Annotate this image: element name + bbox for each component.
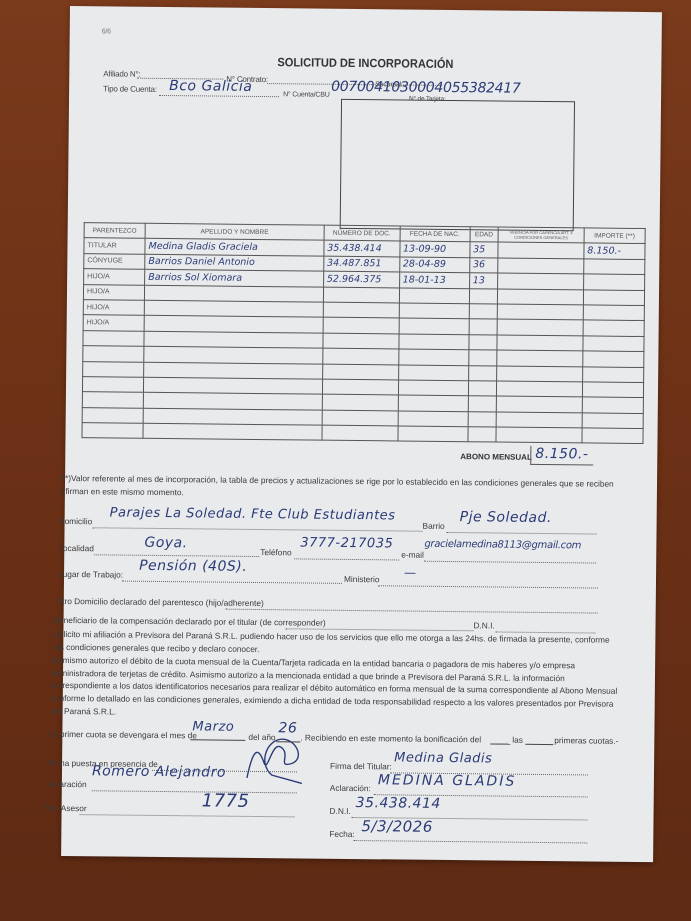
cell-fecha-nac[interactable] xyxy=(398,380,468,396)
cell-importe[interactable] xyxy=(582,413,643,429)
domicilio-label: Domicilio xyxy=(59,516,93,526)
dni-titular-label: D.N.I. xyxy=(330,806,351,816)
cell-importe[interactable] xyxy=(583,351,644,367)
localidad-field[interactable] xyxy=(94,553,259,557)
cell-vigencia[interactable] xyxy=(496,412,582,428)
cell-fecha-nac[interactable] xyxy=(399,303,469,319)
cell-vigencia[interactable] xyxy=(498,258,584,274)
cell-nombre[interactable] xyxy=(143,408,322,425)
email-field[interactable] xyxy=(424,560,596,564)
cell-parentezco xyxy=(83,361,144,377)
dni-titular-value: 35.438.414 xyxy=(356,795,441,812)
cell-parentezco: HIJO/A xyxy=(83,300,144,316)
cell-nombre[interactable] xyxy=(144,346,323,363)
cell-fecha-nac[interactable] xyxy=(398,334,468,350)
photo-box xyxy=(340,99,575,231)
lugar-trabajo-label: Lugar de Trabajo: xyxy=(58,569,123,580)
abono-mensual-label: ABONO MENSUAL xyxy=(460,452,532,462)
ministerio-field[interactable] xyxy=(378,584,598,588)
cell-nombre[interactable] xyxy=(144,300,323,317)
col-edad: EDAD xyxy=(470,227,498,243)
aclaracion-titular-label: Aclaración: xyxy=(330,783,371,793)
cell-parentezco: HIJO/A xyxy=(83,315,144,331)
cell-parentezco xyxy=(82,392,143,408)
cell-fecha-nac[interactable] xyxy=(397,426,467,442)
cell-doc[interactable] xyxy=(323,302,399,318)
primer-cuota-mes-value: Marzo xyxy=(192,719,234,734)
bonificacion-las: las xyxy=(512,735,523,745)
cell-edad[interactable] xyxy=(468,396,496,412)
col-parentezco: PARENTEZCO xyxy=(84,223,145,239)
fecha-field[interactable] xyxy=(353,839,587,843)
afiliado-label: Afiliado N°: xyxy=(103,69,140,78)
lugar-trabajo-field[interactable] xyxy=(122,580,342,584)
barrio-value: Pje Soledad. xyxy=(460,509,552,526)
cell-parentezco xyxy=(82,407,143,423)
otro-domicilio-field[interactable] xyxy=(226,608,598,614)
cell-vigencia[interactable] xyxy=(496,396,582,412)
email-value: gracielamedina8113@gmail.com xyxy=(424,539,581,552)
cell-fecha-nac[interactable] xyxy=(398,395,468,411)
domicilio-value: Parajes La Soledad. Fte Club Estudiantes xyxy=(110,505,396,523)
cell-doc[interactable] xyxy=(323,333,399,349)
aclaracion-asesor-label: Aclaración xyxy=(48,779,87,789)
primer-cuota-prefix: La primer cuota se devengara el mes de xyxy=(48,729,197,741)
domicilio-field[interactable] xyxy=(93,526,423,531)
cell-doc[interactable] xyxy=(322,394,398,410)
cell-nombre[interactable]: Barrios Daniel Antonio xyxy=(145,254,324,271)
beneficiario-label: Beneficiario de la compensación declarad… xyxy=(54,615,326,628)
cell-importe[interactable] xyxy=(583,274,644,290)
localidad-label: Localidad xyxy=(58,543,94,553)
firma-titular-value: Medina Gladis xyxy=(394,750,492,766)
cell-vigencia[interactable] xyxy=(496,381,582,397)
aclaracion-asesor-field[interactable] xyxy=(92,789,297,793)
col-vigencia: VIGENCIA POR CARENCIA ART. 4 CONDICIONES… xyxy=(498,227,584,243)
nro-asesor-field[interactable] xyxy=(80,813,295,817)
advisor-signature xyxy=(232,733,313,789)
cell-nombre[interactable]: Medina Gladis Graciela xyxy=(145,239,324,256)
barrio-field[interactable] xyxy=(447,531,597,535)
cell-doc[interactable]: 52.964.375 xyxy=(323,271,399,287)
cell-edad[interactable] xyxy=(469,334,497,350)
cuenta-cbu-value: 0070041030004055382417 xyxy=(331,79,521,97)
cell-vigencia[interactable] xyxy=(497,289,583,305)
cell-edad[interactable] xyxy=(468,411,496,427)
cell-edad[interactable] xyxy=(468,365,496,381)
cell-doc[interactable]: 34.487.851 xyxy=(324,256,400,272)
cell-importe[interactable] xyxy=(583,336,644,352)
cell-importe[interactable] xyxy=(583,289,644,305)
cell-nombre[interactable] xyxy=(144,331,323,348)
col-nombre: APELLIDO Y NOMBRE xyxy=(145,223,324,240)
tipo-cuenta-label: Tipo de Cuenta: xyxy=(103,84,157,94)
localidad-value: Goya. xyxy=(144,535,187,551)
col-fecha-nac: FECHA DE NAC. xyxy=(400,226,470,242)
bonificacion-suffix: primeras cuotas.- xyxy=(554,735,618,746)
cell-vigencia[interactable] xyxy=(497,366,583,382)
col-doc: NÚMERO DE DOC. xyxy=(324,225,400,241)
cell-doc[interactable]: 35.438.414 xyxy=(324,241,400,257)
cell-edad[interactable] xyxy=(469,304,497,320)
cell-vigencia[interactable] xyxy=(498,242,584,258)
cell-parentezco xyxy=(83,330,144,346)
cell-nombre[interactable] xyxy=(143,423,322,440)
cell-doc[interactable] xyxy=(323,348,399,364)
cell-importe[interactable] xyxy=(583,305,644,321)
cell-importe[interactable] xyxy=(582,366,643,382)
cell-vigencia[interactable] xyxy=(497,304,583,320)
cell-doc[interactable] xyxy=(323,287,399,303)
firma-titular-label: Firma del Titular: xyxy=(330,761,392,772)
abono-mensual-value: 8.150.- xyxy=(535,446,588,463)
cell-nombre[interactable] xyxy=(144,316,323,333)
bonificacion-field[interactable] xyxy=(490,743,510,744)
cell-nombre[interactable] xyxy=(143,393,322,410)
cell-importe[interactable]: 8.150.- xyxy=(584,243,645,259)
aclaracion-asesor-value: Romero Alejandro xyxy=(92,763,226,780)
page-number: 6/6 xyxy=(102,28,111,35)
cell-fecha-nac[interactable] xyxy=(399,288,469,304)
nro-asesor-label: Nro Asesor xyxy=(46,803,87,813)
otro-domicilio-label: Otro Domicilio declarado del parentesco … xyxy=(56,596,264,608)
cell-parentezco: TITULAR xyxy=(84,238,145,254)
fecha-label: Fecha: xyxy=(329,829,354,839)
price-footnote: (**)Valor referente al mes de incorporac… xyxy=(59,472,619,503)
cell-parentezco: CÓNYUGE xyxy=(84,253,145,269)
cell-parentezco: HIJO/A xyxy=(84,269,145,285)
cell-nombre[interactable] xyxy=(144,362,323,379)
telefono-field[interactable] xyxy=(294,557,399,560)
cell-parentezco xyxy=(82,423,143,439)
cuenta-cbu-label: N° Cuenta/CBU xyxy=(283,91,330,98)
cell-importe[interactable] xyxy=(582,397,643,413)
cell-edad[interactable] xyxy=(468,381,496,397)
cell-edad[interactable] xyxy=(468,350,496,366)
bonificacion-text: . Recibiendo en este momento la bonifica… xyxy=(300,732,481,744)
barrio-label: Barrio xyxy=(423,521,445,531)
cell-importe[interactable] xyxy=(582,428,643,444)
cell-edad[interactable] xyxy=(468,427,496,443)
ministerio-value: — xyxy=(404,566,417,580)
cell-vigencia[interactable] xyxy=(497,319,583,335)
cell-doc[interactable] xyxy=(322,410,398,426)
form-title: SOLICITUD DE INCORPORACIÓN xyxy=(93,53,638,73)
cell-importe[interactable] xyxy=(583,320,644,336)
cell-vigencia[interactable] xyxy=(496,427,582,443)
cuotas-field[interactable] xyxy=(525,744,553,745)
telefono-label: Teléfono xyxy=(260,547,291,557)
cell-vigencia[interactable] xyxy=(497,273,583,289)
fecha-value: 5/3/2026 xyxy=(361,817,433,836)
cell-fecha-nac[interactable] xyxy=(398,349,468,365)
cell-vigencia[interactable] xyxy=(497,335,583,351)
ministerio-label: Ministerio xyxy=(344,574,380,584)
cell-edad[interactable]: 36 xyxy=(469,257,497,273)
cell-parentezco xyxy=(83,346,144,362)
autorizo-paragraph: Asimismo autorizo el débito de la cuota … xyxy=(51,654,624,724)
cell-edad[interactable]: 13 xyxy=(469,273,497,289)
telefono-value: 3777-217035 xyxy=(300,535,393,551)
cell-doc[interactable] xyxy=(322,364,398,380)
cell-fecha-nac[interactable]: 28-04-89 xyxy=(399,257,469,273)
lugar-trabajo-value: Pensión (40S). xyxy=(139,558,247,575)
cell-edad[interactable] xyxy=(469,288,497,304)
beneficiario-dni-label: D.N.I. xyxy=(473,620,494,630)
cell-importe[interactable] xyxy=(582,382,643,398)
cell-fecha-nac[interactable] xyxy=(398,411,468,427)
cell-importe[interactable] xyxy=(584,259,645,275)
tipo-cuenta-value: Bco Galicia xyxy=(169,78,252,95)
family-members-table: PARENTEZCO APELLIDO Y NOMBRE NÚMERO DE D… xyxy=(81,222,645,444)
cell-doc[interactable] xyxy=(322,379,398,395)
cell-vigencia[interactable] xyxy=(497,350,583,366)
aclaracion-titular-value: MEDINA GLADIS xyxy=(378,772,517,789)
cell-nombre[interactable] xyxy=(144,377,323,394)
email-label: e-mail xyxy=(401,549,424,559)
nro-asesor-value: 1775 xyxy=(202,790,250,811)
cell-fecha-nac[interactable]: 18-01-13 xyxy=(399,272,469,288)
cell-parentezco: HIJO/A xyxy=(83,284,144,300)
cell-fecha-nac[interactable] xyxy=(399,318,469,334)
cell-edad[interactable]: 35 xyxy=(470,242,498,258)
col-importe: IMPORTE (**) xyxy=(584,228,645,244)
cell-fecha-nac[interactable] xyxy=(398,364,468,380)
cell-fecha-nac[interactable]: 13-09-90 xyxy=(399,241,469,257)
cell-parentezco xyxy=(82,377,143,393)
cell-doc[interactable] xyxy=(322,425,398,441)
cell-edad[interactable] xyxy=(469,319,497,335)
application-form-paper: 6/6 SOLICITUD DE INCORPORACIÓN Afiliado … xyxy=(61,6,662,862)
cell-doc[interactable] xyxy=(323,318,399,334)
